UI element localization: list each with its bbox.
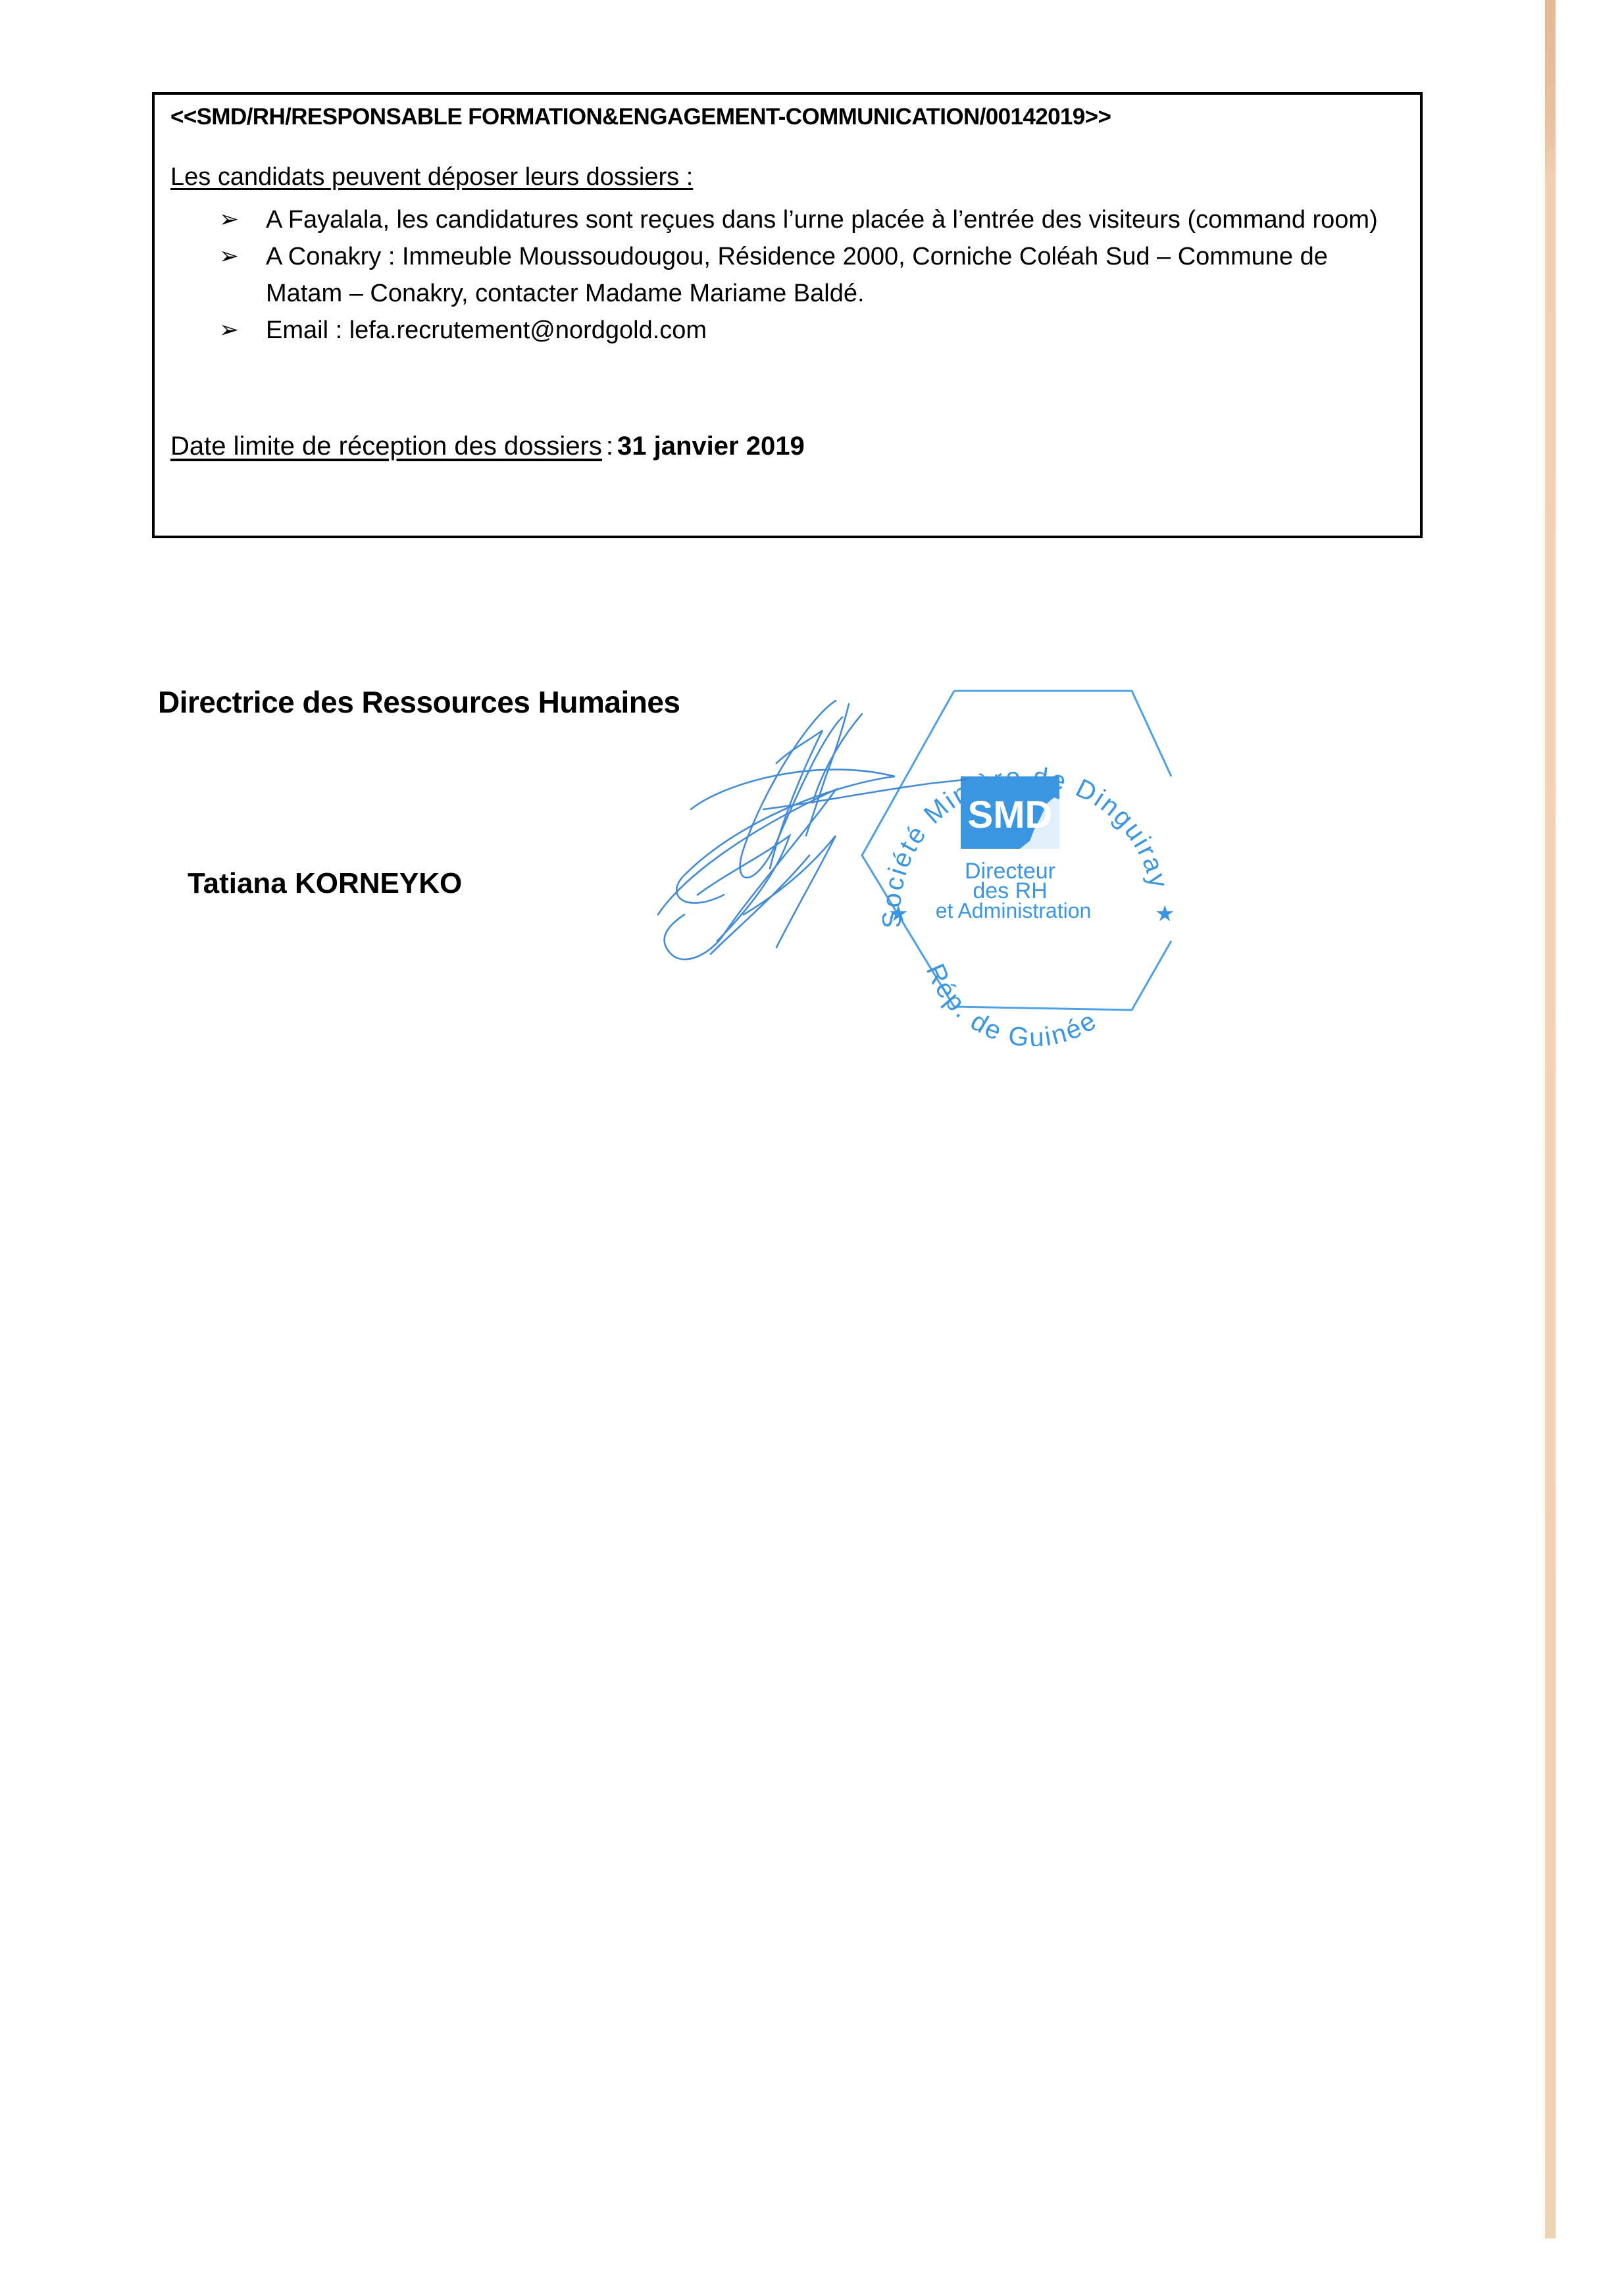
stamp-arc-top-text: Société Minière de Dinguiraye [645,678,1174,929]
scan-edge-strip [1545,0,1556,2238]
deadline-separator: : [606,432,613,461]
star-icon: ★ [888,901,908,926]
svg-text:Rép. de Guinée: Rép. de Guinée [921,959,1103,1046]
star-icon: ★ [1155,901,1175,926]
official-stamp-and-signature: Société Minière de Dinguiraye Rép. de Gu… [645,678,1184,1046]
arrow-bullet-icon: ➢ [219,238,239,275]
smd-logo: SMD [961,776,1059,849]
signatory-title: Directrice des Ressources Humaines [158,684,680,720]
deadline-label: Date limite de réception des dossiers [170,432,602,461]
svg-text:et Administration: et Administration [936,899,1092,922]
submission-locations-list: ➢ A Fayalala, les candidatures sont reçu… [155,201,1420,349]
bullet-text: A Fayalala, les candidatures sont reçues… [266,206,1378,234]
stamp-arc-bottom-text: Rép. de Guinée [921,959,1103,1046]
svg-text:Société Minière de Dinguiraye: Société Minière de Dinguiraye [645,678,1174,929]
list-item: ➢ A Conakry : Immeuble Moussoudougou, Ré… [155,238,1420,312]
reference-number: <<SMD/RH/RESPONSABLE FORMATION&ENGAGEMEN… [170,104,1111,130]
deadline: Date limite de réception des dossiers:31… [170,432,805,461]
arrow-bullet-icon: ➢ [219,312,239,349]
bullet-text: Email : lefa.recrutement@nordgold.com [266,316,707,344]
application-notice-box: <<SMD/RH/RESPONSABLE FORMATION&ENGAGEMEN… [152,92,1423,538]
stamp-arc-text: Société Minière de Dinguiraye Rép. de Gu… [645,678,1175,1046]
arrow-bullet-icon: ➢ [219,201,239,238]
deadline-value: 31 janvier 2019 [617,432,805,461]
list-item: ➢ Email : lefa.recrutement@nordgold.com [155,312,1420,349]
svg-text:SMD: SMD [968,794,1053,836]
bullet-text: A Conakry : Immeuble Moussoudougou, Rési… [266,243,1328,307]
list-item: ➢ A Fayalala, les candidatures sont reçu… [155,201,1420,238]
signatory-name: Tatiana KORNEYKO [188,867,462,900]
submission-intro: Les candidats peuvent déposer leurs doss… [170,163,693,191]
